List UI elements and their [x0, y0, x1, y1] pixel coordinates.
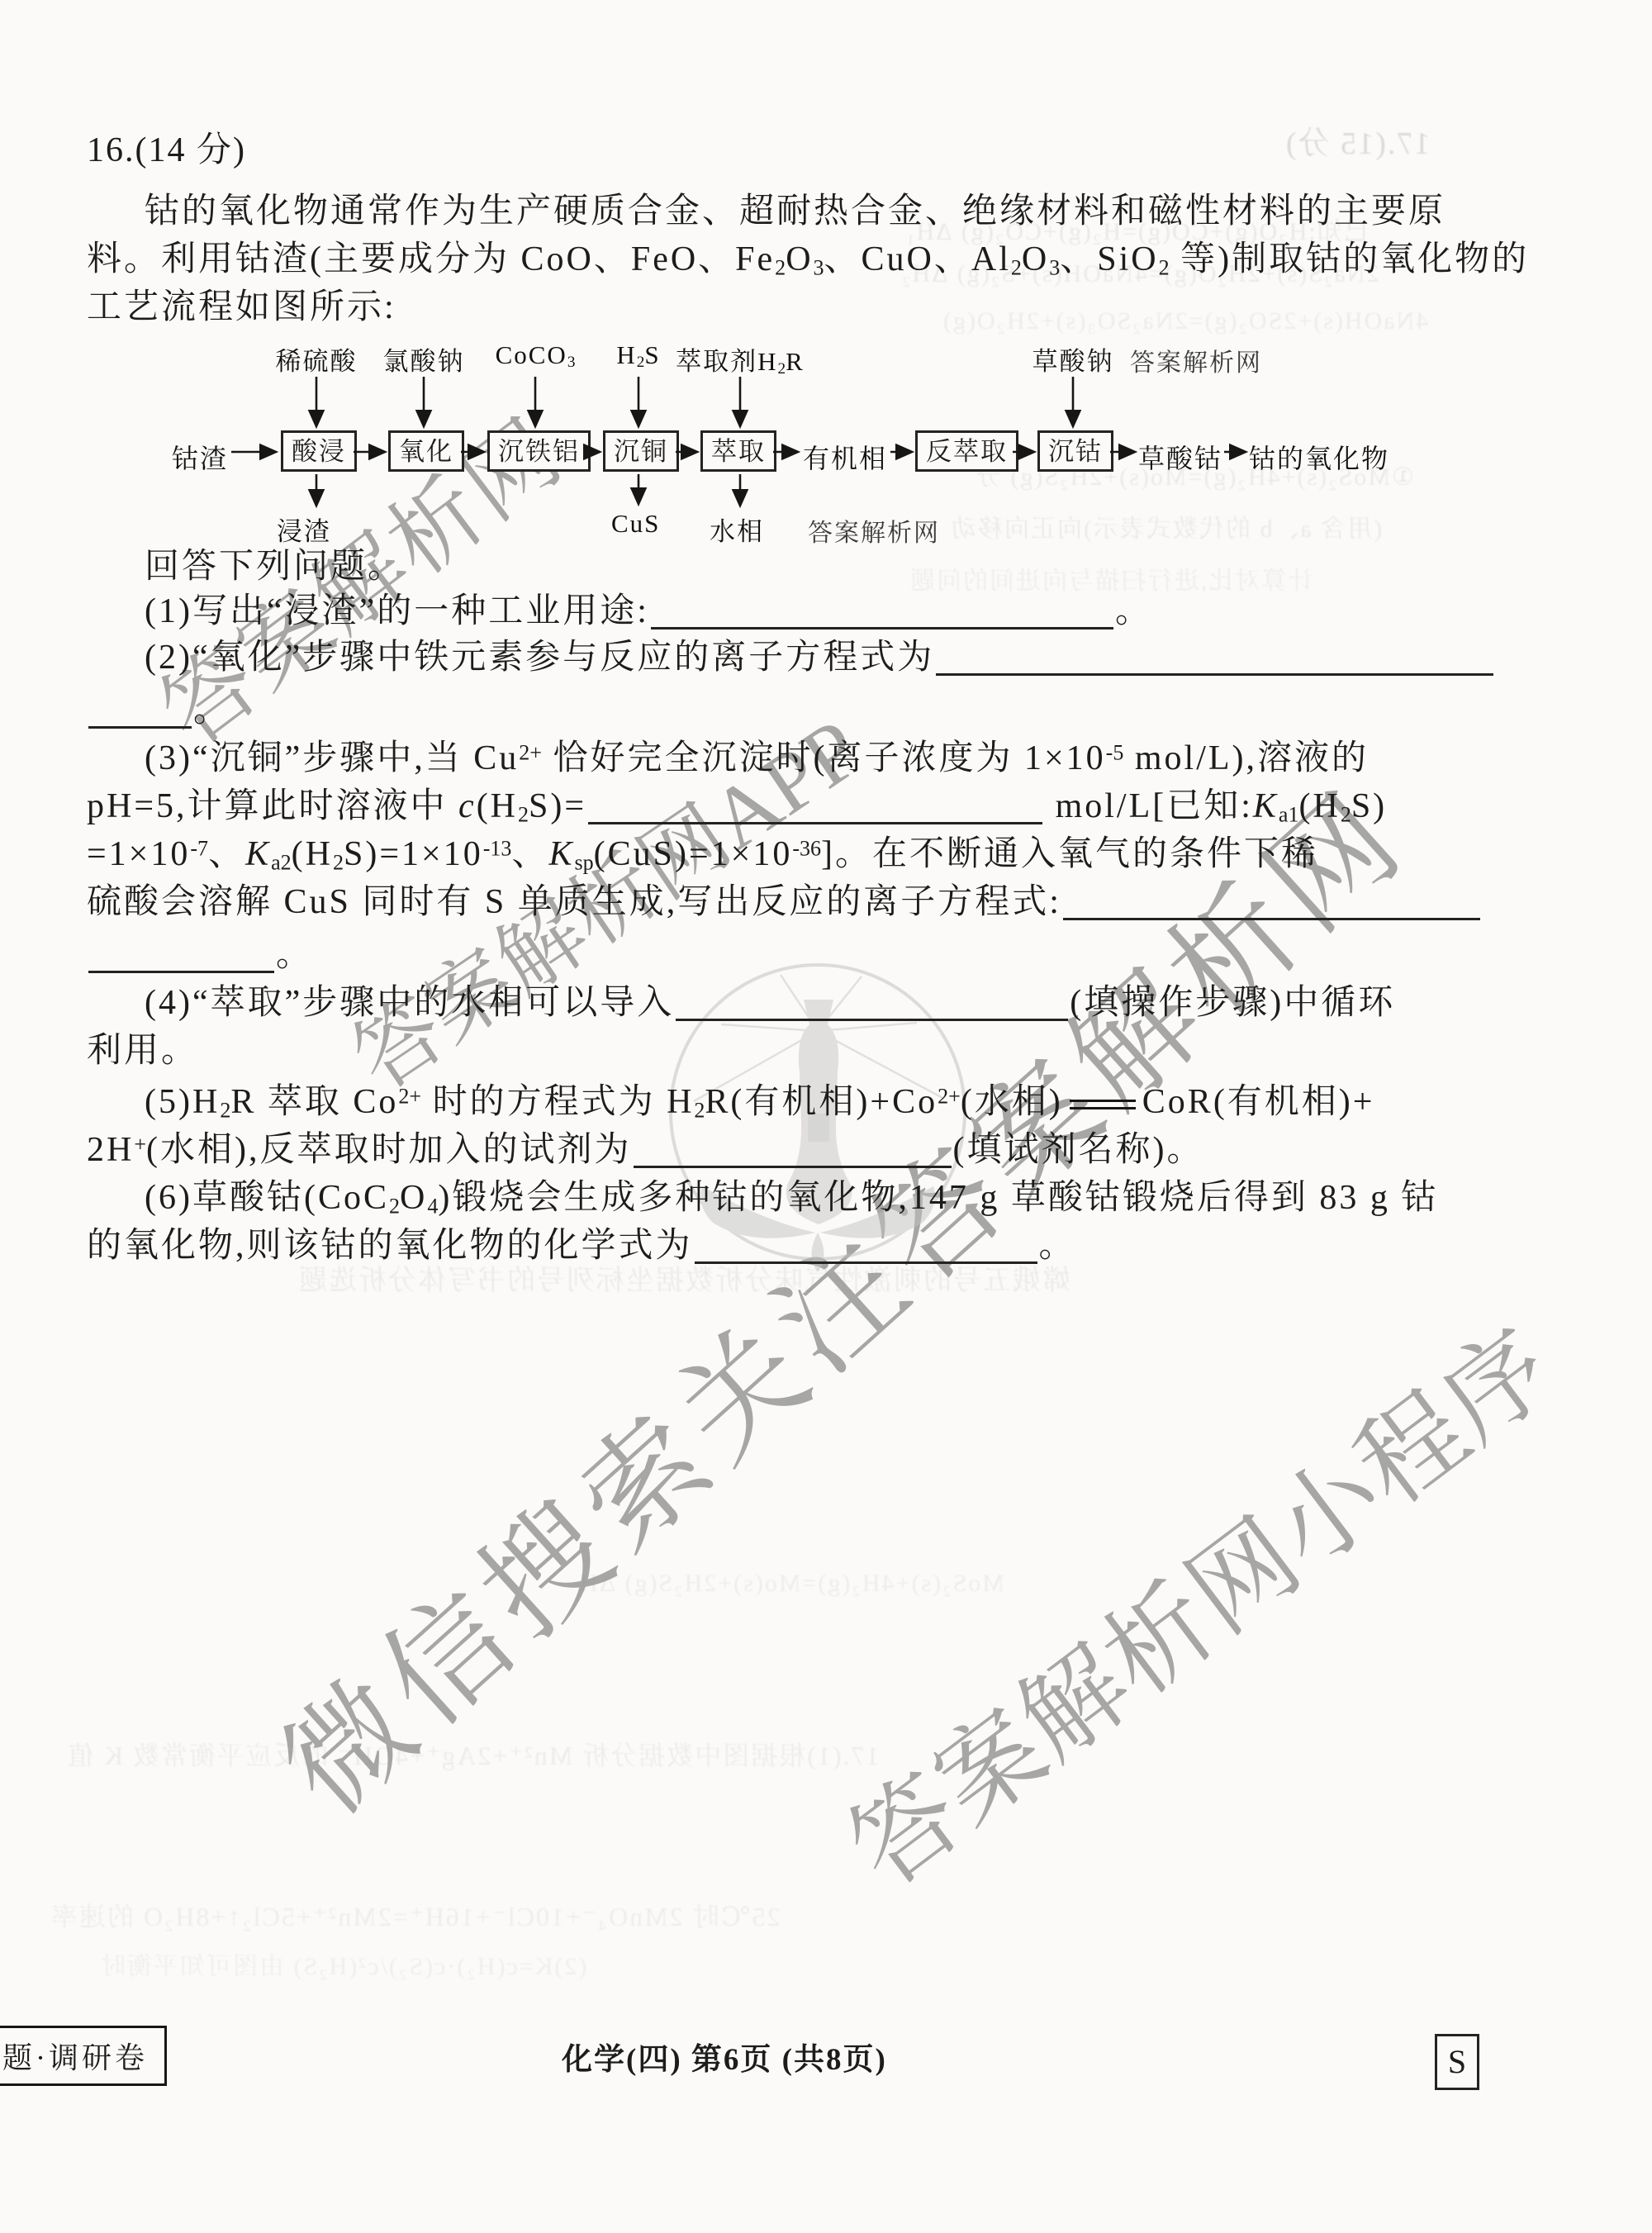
- flow-box: 萃取: [700, 430, 776, 472]
- flow-box: 沉铜: [603, 430, 679, 472]
- question-line: (5)H2R 萃取 Co2+ 时的方程式为 H2R(有机相)+Co2+(水相)C…: [145, 1074, 1374, 1124]
- flow-node-label: 有机相: [803, 438, 887, 476]
- footer-page-indicator: 化学(四) 第6页 (共8页): [562, 2034, 887, 2079]
- question-line: (4)“萃取”步骤中的水相可以导入(填操作步骤)中循环: [145, 975, 1395, 1024]
- flow-node-label: 钴的氧化物: [1249, 438, 1389, 476]
- showthrough-line: 4NaOH(s)+2SO₂(g)=2Na₂SO₃(s)+2H₂O(g): [942, 307, 1428, 335]
- question-line: (1)写出“浸渣”的一种工业用途:。: [145, 583, 1152, 633]
- question-line: 。: [87, 682, 230, 732]
- showthrough-line: 17.(15 分): [1284, 117, 1430, 163]
- questions-prompt: 回答下列问题。: [145, 539, 405, 588]
- answer-blank: [1063, 910, 1480, 920]
- question-line: 硫酸会溶解 CuS 同时有 S 单质生成,写出反应的离子方程式:: [87, 874, 1482, 924]
- flow-box: 沉钴: [1037, 430, 1113, 472]
- answer-blank: [588, 814, 1042, 824]
- answer-blank: [651, 619, 1113, 630]
- answer-blank: [676, 1010, 1068, 1021]
- showthrough-line: 25℃时 2MnO₄⁻+10Cl⁻+16H⁺=2Mn²⁺+5Cl₂↑+8H₂O …: [50, 1896, 780, 1934]
- flow-output-label: CuS: [611, 509, 660, 539]
- answer-blank: [936, 665, 1493, 676]
- flow-box: 沉铁铝: [487, 430, 591, 472]
- flow-box: 反萃取: [915, 430, 1018, 472]
- watermark-text: 答案解析网小程序: [814, 1286, 1580, 1915]
- question-line: 的氧化物,则该钴的氧化物的化学式为。: [87, 1218, 1076, 1267]
- flow-node-label: 钴渣: [172, 438, 228, 476]
- flow-input-label: 氯酸钠: [383, 340, 465, 378]
- footer-s-badge: S: [1435, 2034, 1479, 2090]
- showthrough-line: (2)K=c(H₂)·c(S₂)/c²(H₂S) 由图可知平衡时: [99, 1946, 586, 1982]
- flow-output-label: 水相: [710, 511, 764, 548]
- question-line: 。: [87, 927, 313, 976]
- flow-input-label: 稀硫酸: [276, 340, 358, 378]
- flow-input-label: CoCO3: [496, 340, 576, 372]
- question-number: 16.(14 分): [87, 122, 246, 172]
- intro-line: 料。利用钴渣(主要成分为 CoO、FeO、Fe2O3、CuO、Al2O3、SiO…: [87, 231, 1529, 281]
- flow-box: 氧化: [388, 430, 464, 472]
- equilibrium-sign: [1070, 1100, 1136, 1109]
- answer-blank: [88, 962, 274, 973]
- flow-node-label: 草酸钴: [1138, 438, 1222, 476]
- flow-input-label: 萃取剂H2R: [676, 340, 805, 378]
- question-line: (6)草酸钴(CoC2O4)锻烧会生成多种钴的氧化物,147 g 草酸钴锻烧后得…: [145, 1170, 1438, 1219]
- question-line: 2H+(水相),反萃取时加入的试剂为(填试剂名称)。: [87, 1122, 1204, 1171]
- answer-blank: [634, 1157, 952, 1168]
- question-line: =1×10-7、Ka2(H2S)=1×10-13、Ksp(CuS)=1×10-3…: [87, 826, 1318, 876]
- showthrough-line: MoS₂(s)+4H₂(g)=Mo(s)+2H₂S(g) ΔH: [578, 1570, 1004, 1598]
- question-line: (3)“沉铜”步骤中,当 Cu2+ 恰好完全沉淀时(离子浓度为 1×10-5 m…: [145, 730, 1369, 780]
- question-line: (2)“氧化”步骤中铁元素参与反应的离子方程式为: [145, 630, 1495, 679]
- flow-input-label: H2S: [616, 340, 660, 372]
- showthrough-line: 17.(1)根据图中数据分析 Mn²⁺+2Ag⁺+4OH⁻ 的反应平衡常数 K …: [66, 1735, 880, 1773]
- flow-input-label: 草酸钠: [1032, 340, 1114, 378]
- showthrough-line: (用含 a、b 的代数式表示)向正向移动: [950, 508, 1382, 544]
- ad-watermark-inline: 答案解析网: [808, 512, 940, 549]
- ad-watermark-inline: 答案解析网: [1130, 342, 1262, 378]
- flow-box: 酸浸: [281, 430, 357, 472]
- answer-blank: [88, 718, 192, 729]
- question-line: pH=5,计算此时溶液中 c(H2S)= mol/L[已知:Ka1(H2S): [87, 778, 1387, 828]
- intro-line: 钴的氧化物通常作为生产硬质合金、超耐热合金、绝缘材料和磁性材料的主要原: [145, 183, 1445, 233]
- exam-page: 答案解析网 答案解析网APP 微信搜索关注答案解析网 答案解析网小程序 17.(…: [0, 0, 1652, 2233]
- answer-blank: [695, 1253, 1037, 1264]
- question-line: 利用。: [87, 1023, 198, 1072]
- intro-line: 工艺流程如图所示:: [87, 279, 396, 329]
- footer-left-badge: 享题·调研卷: [0, 2026, 167, 2086]
